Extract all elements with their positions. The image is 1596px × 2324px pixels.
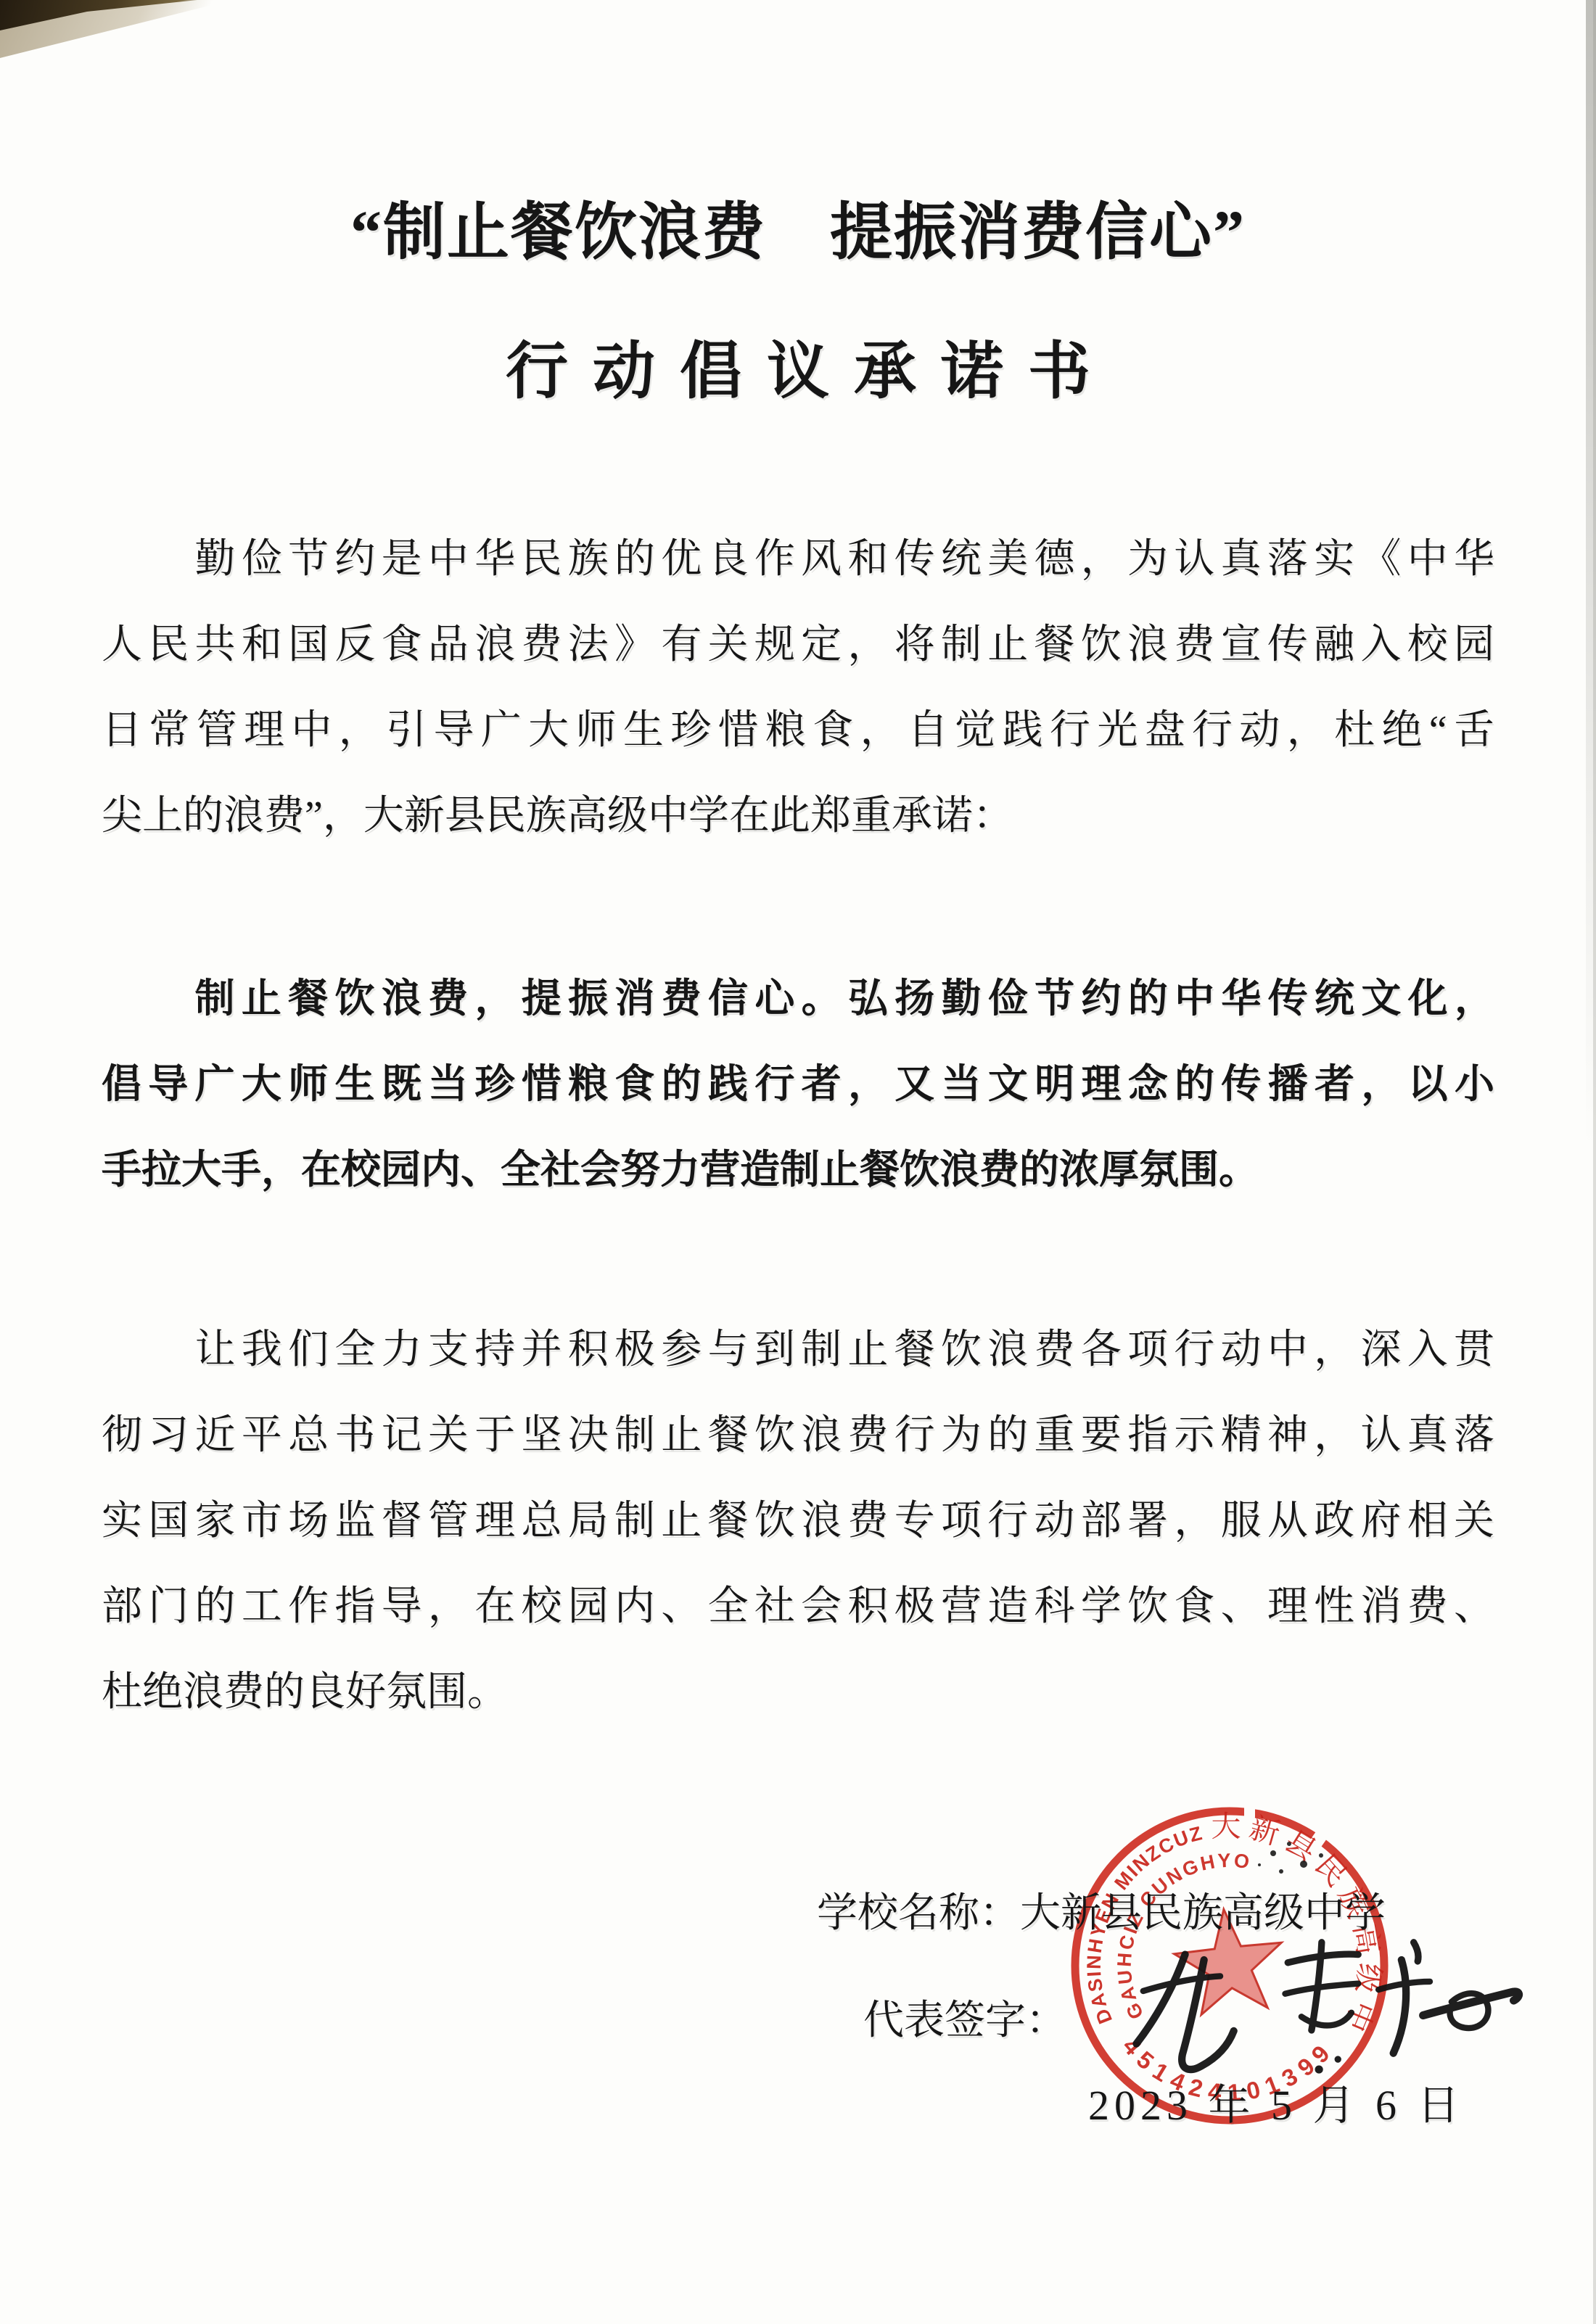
paragraph-2-line-1: 制止餐饮浪费，提振消费信心。弘扬勤俭节约的中华传统文化，: [102, 955, 1494, 1041]
paragraph-3: 让我们全力支持并积极参与到制止餐饮浪费各项行动中，深入贯 彻习近平总书记关于坚决…: [102, 1307, 1494, 1735]
scanned-document-page: “制止餐饮浪费 提振消费信心” 行动倡议承诺书 勤俭节约是中华民族的优良作风和传…: [0, 0, 1596, 2324]
paragraph-3-line-1: 让我们全力支持并积极参与到制止餐饮浪费各项行动中，深入贯: [102, 1307, 1494, 1393]
paragraph-2-line-3: 手拉大手，在校园内、全社会努力营造制止餐饮浪费的浓厚氛围。: [102, 1126, 1494, 1212]
paragraph-1-line-3: 日常管理中，引导广大师生珍惜粮食，自觉践行光盘行动，杜绝“舌: [102, 688, 1494, 773]
handwritten-signature: [1117, 1921, 1523, 2110]
paragraph-2-line-2: 倡导广大师生既当珍惜粮食的践行者，又当文明理念的传播者，以小: [102, 1041, 1494, 1126]
paragraph-3-line-5: 杜绝浪费的良好氛围。: [102, 1649, 1494, 1735]
representative-signature-label: 代表签字：: [863, 2000, 1066, 2041]
paragraph-1-line-2: 人民共和国反食品浪费法》有关规定，将制止餐饮浪费宣传融入校园: [102, 602, 1494, 688]
paragraph-3-line-3: 实国家市场监督管理总局制止餐饮浪费专项行动部署，服从政府相关: [102, 1478, 1494, 1564]
document-title-line1: “制止餐饮浪费 提振消费信心”: [0, 181, 1596, 271]
paragraph-3-line-4: 部门的工作指导，在校园内、全社会积极营造科学饮食、理性消费、: [102, 1564, 1494, 1649]
paragraph-2-bold: 制止餐饮浪费，提振消费信心。弘扬勤俭节约的中华传统文化， 倡导广大师生既当珍惜粮…: [102, 955, 1494, 1212]
paragraph-3-line-2: 彻习近平总书记关于坚决制止餐饮浪费行为的重要指示精神，认真落: [102, 1393, 1494, 1478]
paragraph-1: 勤俭节约是中华民族的优良作风和传统美德，为认真落实《中华 人民共和国反食品浪费法…: [102, 516, 1494, 859]
document-title-line2: 行动倡议承诺书: [0, 321, 1596, 411]
paragraph-1-line-1: 勤俭节约是中华民族的优良作风和传统美德，为认真落实《中华: [102, 516, 1494, 602]
paragraph-1-line-4: 尖上的浪费”，大新县民族高级中学在此郑重承诺：: [102, 773, 1494, 859]
